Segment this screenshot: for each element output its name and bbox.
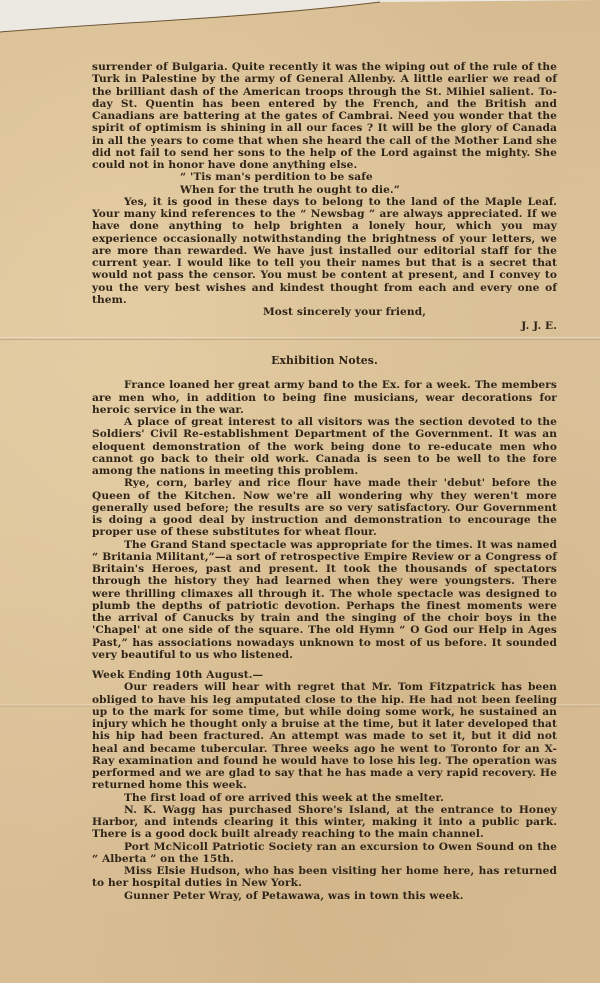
letter-section: surrender of Bulgaria. Quite recently it… [92,61,557,333]
week-ending-section: Week Ending 10th August.— Our readers wi… [92,669,557,902]
news-paragraph: Gunner Peter Wray, of Petawawa, was in t… [92,890,557,902]
quote-line: When for the truth he ought to die.” [92,184,557,196]
quote-line: “ 'Tis man's perdition to be safe [92,171,557,183]
news-paragraph: N. K. Wagg has purchased Shore's Island,… [92,804,557,841]
exhibition-notes-section: Exhibition Notes. France loaned her grea… [92,355,557,661]
news-paragraph: Rye, corn, barley and rice flour have ma… [92,477,557,538]
section-heading: Exhibition Notes. [92,355,557,367]
news-paragraph: France loaned her great army band to the… [92,379,557,416]
news-paragraph: Miss Elsie Hudson, who has been visiting… [92,865,557,890]
paper-fold-line [0,337,600,340]
folded-corner-edge [0,0,600,40]
letter-paragraph: surrender of Bulgaria. Quite recently it… [92,61,557,171]
letter-signature: J. J. E. [92,318,557,332]
news-paragraph: A place of great interest to all visitor… [92,416,557,477]
section-subheading: Week Ending 10th August.— [92,669,557,681]
letter-closing: Most sincerely your friend, [92,306,557,318]
news-paragraph: The Grand Stand spectacle was appropriat… [92,539,557,662]
news-paragraph: Port McNicoll Patriotic Society ran an e… [92,841,557,866]
news-paragraph: Our readers will hear with regret that M… [92,681,557,791]
news-paragraph: The first load of ore arrived this week … [92,792,557,804]
letter-paragraph: Yes, it is good in these days to belong … [92,196,557,306]
